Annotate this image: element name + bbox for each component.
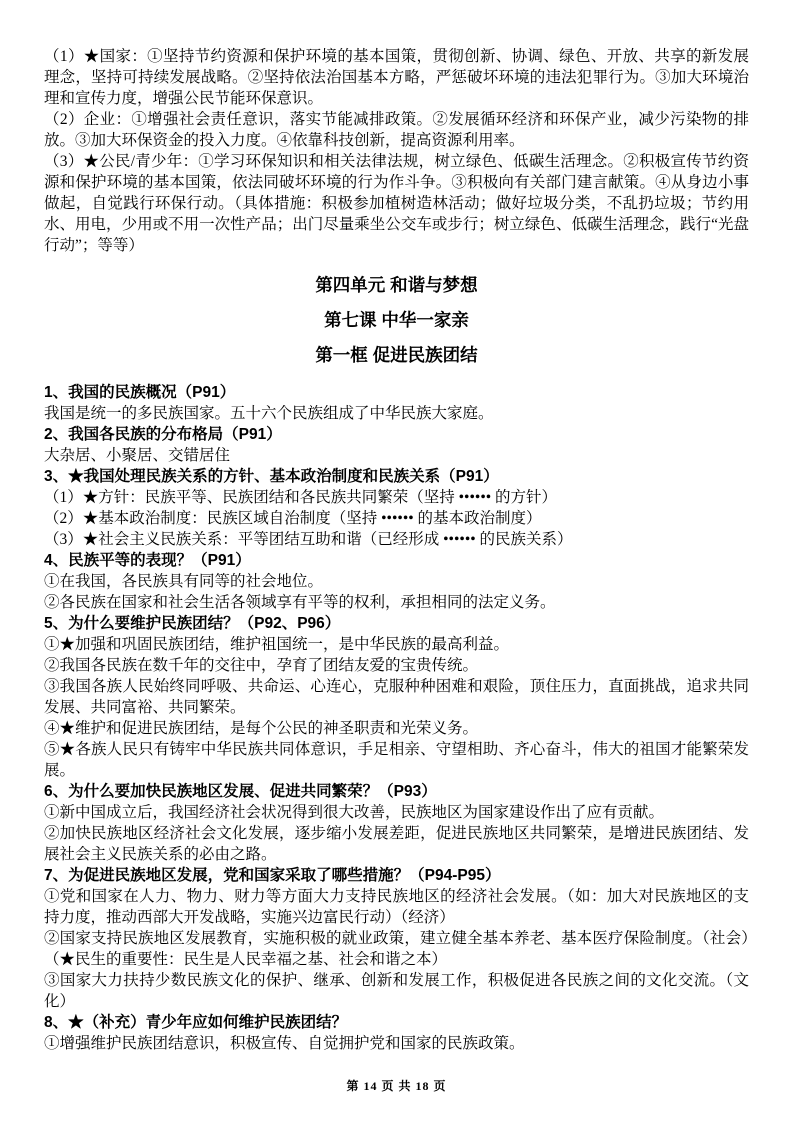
document-page: （1）★国家：①坚持节约资源和保护环境的基本国策，贯彻创新、协调、绿色、开放、共… [0, 0, 793, 1122]
answer-line: ③国家大力扶持少数民族文化的保护、继承、创新和发展工作，积极促进各民族之间的文化… [44, 970, 749, 1012]
answer-line: ⑤★各族人民只有铸牢中华民族共同体意识，手足相亲、守望相助、齐心奋斗，伟大的祖国… [44, 739, 749, 781]
question-heading: 7、为促进民族地区发展，党和国家采取了哪些措施？（P94-P95） [44, 865, 749, 886]
answer-line: ③我国各族人民始终同呼吸、共命运、心连心，克服种种困难和艰险，顶住压力，直面挑战… [44, 676, 749, 718]
question-heading: 6、为什么要加快民族地区发展、促进共同繁荣？（P93） [44, 781, 749, 802]
question-heading: 3、★我国处理民族关系的方针、基本政治制度和民族关系（P91） [44, 466, 749, 487]
lesson-heading: 第七课 中华一家亲 [44, 310, 749, 330]
answer-line: ①党和国家在人力、物力、财力等方面大力支持民族地区的经济社会发展。（如：加大对民… [44, 886, 749, 928]
unit-heading: 第四单元 和谐与梦想 [44, 275, 749, 295]
qa-item: 2、我国各民族的分布格局（P91） 大杂居、小聚居、交错居住 [44, 424, 749, 466]
answer-line: ②各民族在国家和社会生活各领域享有平等的权利，承担相同的法定义务。 [44, 592, 749, 613]
frame-heading: 第一框 促进民族团结 [44, 345, 749, 365]
answer-line: ①★加强和巩固民族团结，维护祖国统一，是中华民族的最高利益。 [44, 634, 749, 655]
question-heading: 2、我国各民族的分布格局（P91） [44, 424, 749, 445]
qa-item: 7、为促进民族地区发展，党和国家采取了哪些措施？（P94-P95） ①党和国家在… [44, 865, 749, 1012]
answer-line: （2）★基本政治制度：民族区域自治制度（坚持 •••••• 的基本政治制度） [44, 508, 749, 529]
intro-paragraph: （1）★国家：①坚持节约资源和保护环境的基本国策，贯彻创新、协调、绿色、开放、共… [44, 46, 749, 109]
qa-item: 8、★（补充）青少年应如何维护民族团结？ ①增强维护民族团结意识，积极宣传、自觉… [44, 1012, 749, 1054]
question-heading: 1、我国的民族概况（P91） [44, 382, 749, 403]
question-heading: 4、民族平等的表现？（P91） [44, 550, 749, 571]
question-heading: 8、★（补充）青少年应如何维护民族团结？ [44, 1012, 749, 1033]
qa-item: 3、★我国处理民族关系的方针、基本政治制度和民族关系（P91） （1）★方针：民… [44, 466, 749, 550]
qa-item: 4、民族平等的表现？（P91） ①在我国，各民族具有同等的社会地位。 ②各民族在… [44, 550, 749, 613]
qa-item: 5、为什么要维护民族团结？（P92、P96） ①★加强和巩固民族团结，维护祖国统… [44, 613, 749, 781]
answer-line: （1）★方针：民族平等、民族团结和各民族共同繁荣（坚持 •••••• 的方针） [44, 487, 749, 508]
answer-line: ④★维护和促进民族团结，是每个公民的神圣职责和光荣义务。 [44, 718, 749, 739]
answer-line: （3）★社会主义民族关系：平等团结互助和谐（已经形成 •••••• 的民族关系） [44, 529, 749, 550]
answer-line: ①在我国，各民族具有同等的社会地位。 [44, 571, 749, 592]
answer-line: ①新中国成立后，我国经济社会状况得到很大改善，民族地区为国家建设作出了应有贡献。 [44, 802, 749, 823]
answer-line: ②加快民族地区经济社会文化发展，逐步缩小发展差距，促进民族地区共同繁荣，是增进民… [44, 823, 749, 865]
question-heading: 5、为什么要维护民族团结？（P92、P96） [44, 613, 749, 634]
qa-item: 1、我国的民族概况（P91） 我国是统一的多民族国家。五十六个民族组成了中华民族… [44, 382, 749, 424]
answer-line: ②国家支持民族地区发展教育，实施积极的就业政策，建立健全基本养老、基本医疗保险制… [44, 928, 749, 970]
answer-line: 我国是统一的多民族国家。五十六个民族组成了中华民族大家庭。 [44, 403, 749, 424]
intro-paragraph: （3）★公民/青少年：①学习环保知识和相关法律法规，树立绿色、低碳生活理念。②积… [44, 151, 749, 256]
intro-paragraph: （2）企业：①增强社会责任意识，落实节能减排政策。②发展循环经济和环保产业，减少… [44, 109, 749, 151]
answer-line: 大杂居、小聚居、交错居住 [44, 445, 749, 466]
answer-line: ①增强维护民族团结意识，积极宣传、自觉拥护党和国家的民族政策。 [44, 1033, 749, 1054]
page-footer: 第 14 页 共 18 页 [0, 1077, 793, 1094]
answer-line: ②我国各民族在数千年的交往中，孕育了团结友爱的宝贵传统。 [44, 655, 749, 676]
qa-item: 6、为什么要加快民族地区发展、促进共同繁荣？（P93） ①新中国成立后，我国经济… [44, 781, 749, 865]
